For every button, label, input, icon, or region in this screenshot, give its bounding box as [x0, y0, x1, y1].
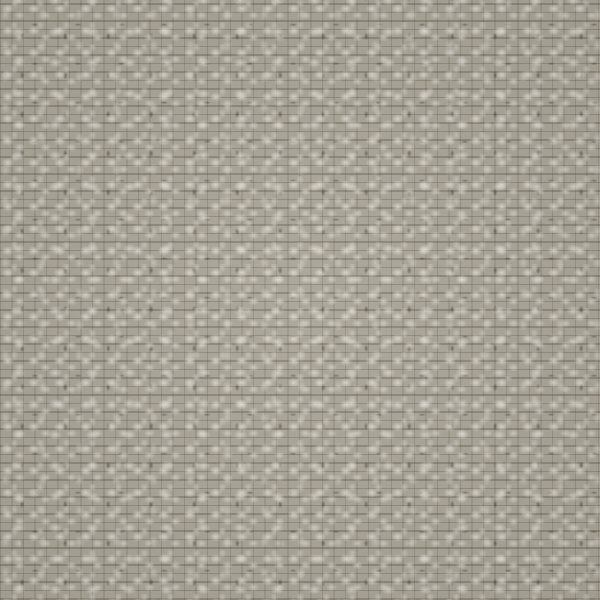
fabric-texture-image [0, 0, 600, 600]
lighting-overlay [0, 0, 600, 600]
